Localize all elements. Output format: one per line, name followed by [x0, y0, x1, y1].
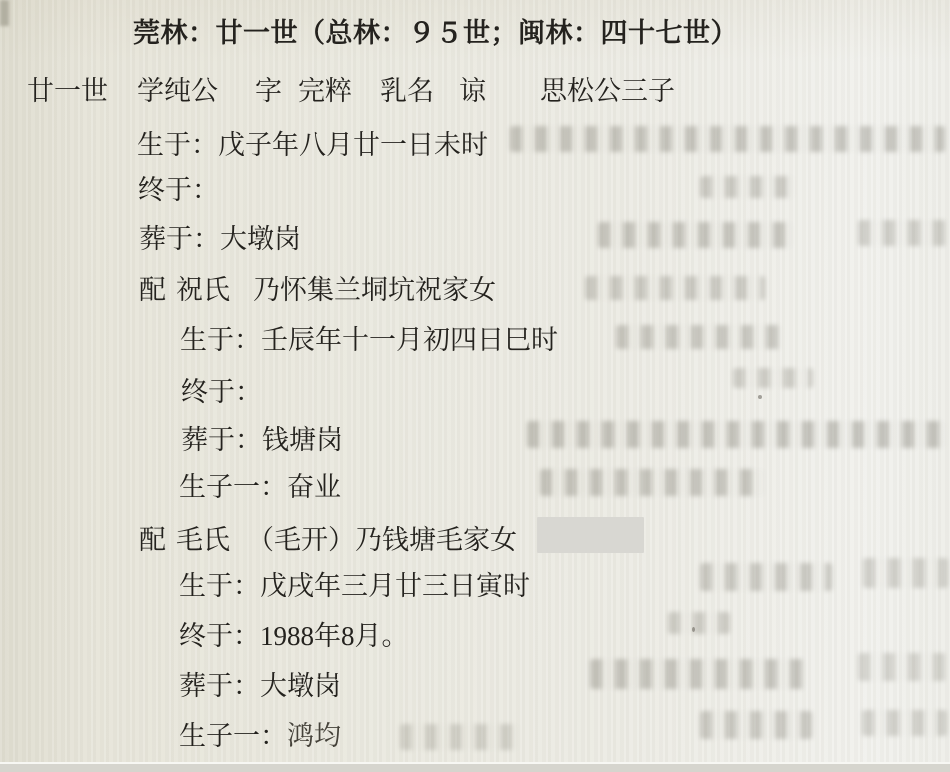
- bleedthrough-ghost-text: [400, 724, 520, 750]
- spouse-prefix: 配: [139, 275, 166, 305]
- field-value: 大墩岗: [260, 671, 341, 701]
- courtesy-name: 完粹: [298, 76, 352, 106]
- bleedthrough-ghost-text: [700, 176, 795, 198]
- spouse1-born-line: 生于：壬辰年十一月初四日巳时: [180, 325, 558, 355]
- field-label: 生子一：: [179, 721, 287, 751]
- spouse-prefix: 配: [139, 525, 166, 555]
- ink-speckle: [758, 395, 762, 399]
- field-value: 壬辰年十一月初四日巳时: [261, 325, 558, 355]
- bleedthrough-ghost-text: [598, 222, 793, 248]
- person-header-line: 廿一世 学纯公 字 完粹 乳名 谅 思松公三子: [0, 76, 950, 108]
- spouse1-sons-line: 生子一：奋业: [179, 472, 341, 502]
- field-value: 戊戌年三月廿三日寅时: [260, 571, 530, 601]
- field-label: 葬于：: [181, 425, 262, 455]
- courtesy-name-label: 字: [255, 76, 282, 106]
- spouse1-buried-line: 葬于：钱塘岗: [181, 425, 343, 455]
- person-born-line: 生于：戊子年八月廿一日未时: [137, 130, 488, 160]
- field-label: 生于：: [137, 130, 218, 160]
- bleedthrough-ghost-text: [527, 421, 947, 448]
- field-value: 大墩岗: [220, 224, 301, 254]
- bleedthrough-ghost-text: [733, 368, 813, 388]
- field-label: 葬于：: [139, 224, 220, 254]
- field-label: 生于：: [180, 325, 261, 355]
- milk-name: 谅: [459, 76, 486, 106]
- field-value: 戊子年八月廿一日未时: [218, 130, 488, 160]
- field-label: 生子一：: [179, 472, 287, 502]
- field-label: 终于：: [138, 175, 219, 205]
- person-name: 学纯公: [137, 76, 218, 106]
- spouse1-intro-line: 配 祝氏 乃怀集兰垌坑祝家女: [0, 275, 950, 307]
- spouse2-died-line: 终于：1988年8月。: [179, 621, 409, 651]
- field-label: 葬于：: [179, 671, 260, 701]
- spouse1-died-line: 终于：: [181, 377, 262, 407]
- next-page-strip: [0, 764, 950, 772]
- field-label: 终于：: [181, 377, 262, 407]
- spouse-surname: 祝氏: [176, 275, 230, 305]
- bleedthrough-ghost-text: [510, 126, 945, 152]
- spouse2-sons-line: 生子一：鸿均: [179, 721, 341, 751]
- milk-name-label: 乳名: [380, 76, 434, 106]
- genealogy-page-scan: 莞林：廿一世（总林：９５世；闽林：四十七世） 廿一世 学纯公 字 完粹 乳名 谅…: [0, 0, 950, 772]
- spouse-surname: 毛氏: [176, 525, 230, 555]
- correction-patch: [537, 517, 644, 553]
- person-died-line: 终于：: [138, 175, 219, 205]
- spouse-origin: （毛开）乃钱塘毛家女: [247, 525, 517, 555]
- spouse2-born-line: 生于：戊戌年三月廿三日寅时: [179, 571, 530, 601]
- spouse2-buried-line: 葬于：大墩岗: [179, 671, 341, 701]
- field-value: 鸿均: [287, 721, 341, 751]
- field-label: 生于：: [179, 571, 260, 601]
- person-lineage: 思松公三子: [540, 76, 675, 106]
- bleedthrough-ghost-text: [616, 325, 781, 349]
- bleedthrough-ghost-text: [858, 220, 946, 246]
- field-value: 1988年8月。: [260, 621, 409, 651]
- person-generation: 廿一世: [27, 76, 108, 106]
- field-value: 奋业: [287, 472, 341, 502]
- bleedthrough-ghost-text: [668, 612, 730, 634]
- page-title: 莞林：廿一世（总林：９５世；闽林：四十七世）: [133, 11, 738, 50]
- bleedthrough-ghost-text: [700, 711, 812, 739]
- field-value: 钱塘岗: [262, 425, 343, 455]
- spouse2-intro-line: 配 毛氏 （毛开）乃钱塘毛家女: [0, 525, 950, 557]
- bleedthrough-ghost-text: [700, 563, 832, 591]
- corner-shadow: [0, 0, 9, 26]
- bleedthrough-ghost-text: [590, 659, 805, 689]
- field-label: 终于：: [179, 621, 260, 651]
- bleedthrough-ghost-text: [862, 710, 947, 736]
- spouse-origin: 乃怀集兰垌坑祝家女: [253, 275, 496, 305]
- bleedthrough-ghost-text: [858, 653, 946, 681]
- bleedthrough-ghost-text: [863, 558, 948, 588]
- ink-speckle: [692, 627, 695, 632]
- bleedthrough-ghost-text: [540, 469, 765, 496]
- person-buried-line: 葬于：大墩岗: [139, 224, 301, 254]
